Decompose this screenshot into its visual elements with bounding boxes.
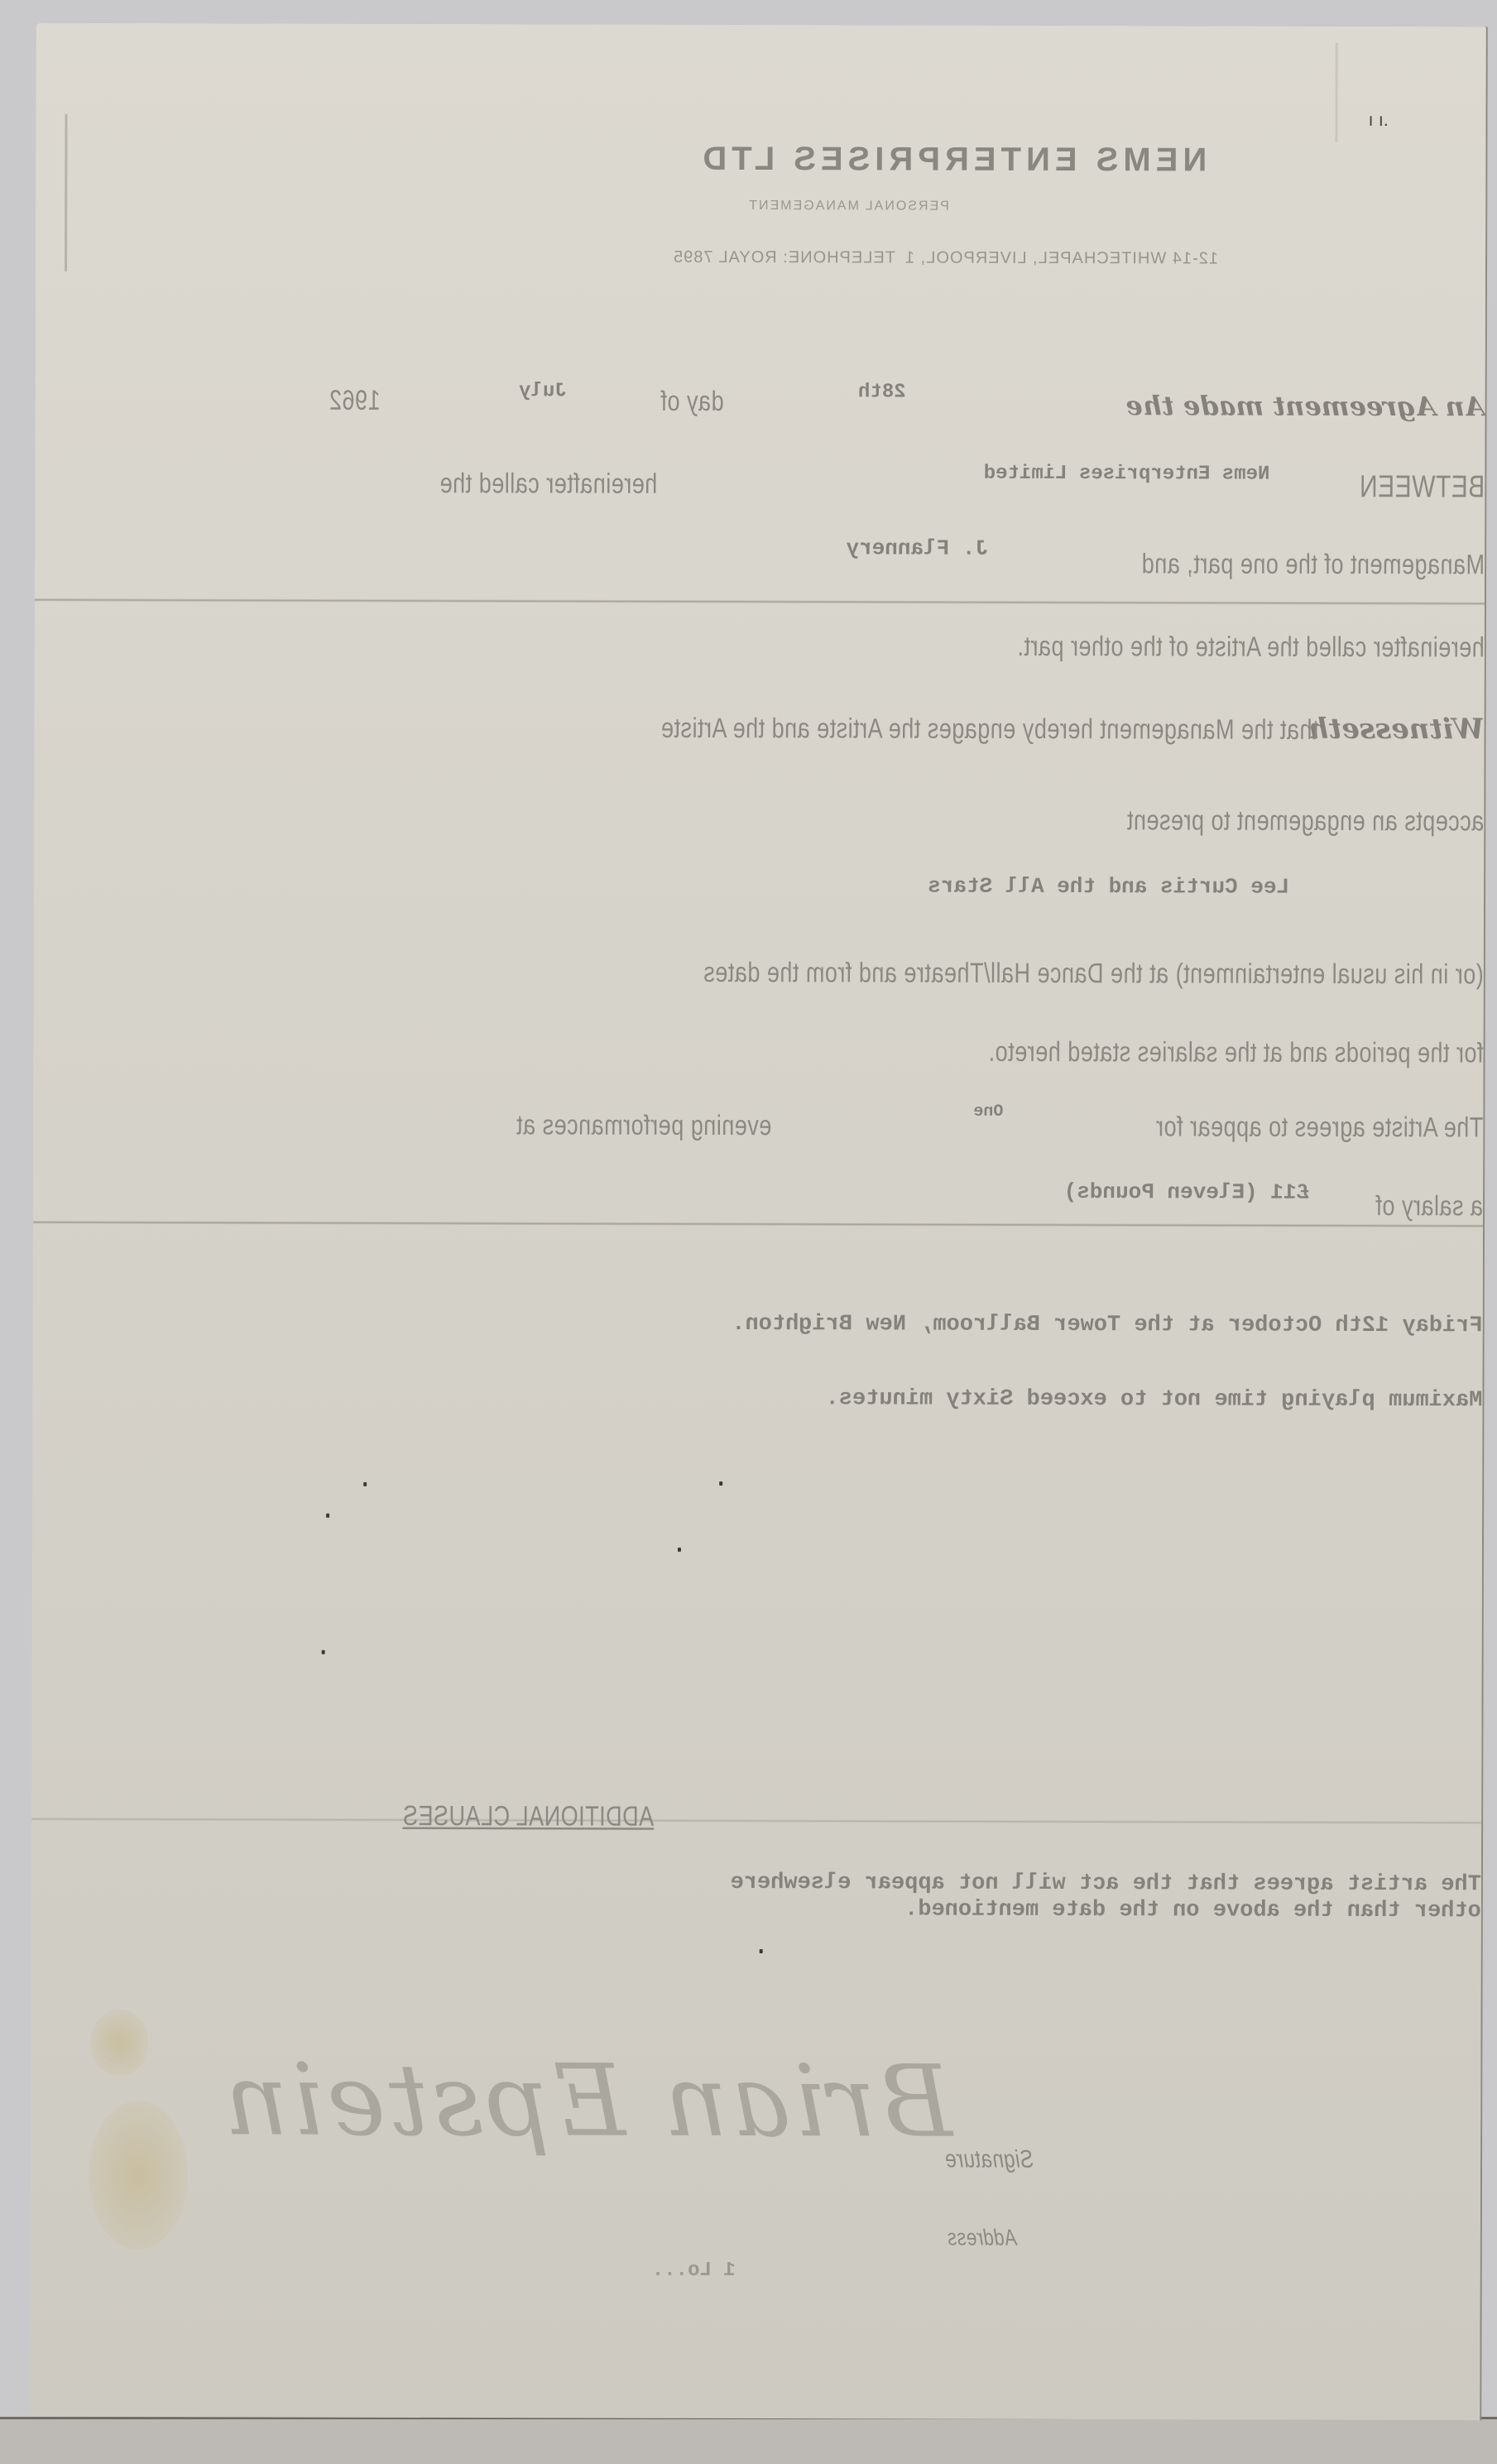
company-telephone: TELEPHONE: ROYAL 7895 [673, 248, 895, 268]
additional-clause-1: The artist agrees that the act will not … [31, 1869, 1481, 1873]
day-value: 28th [858, 381, 906, 403]
month-value: July [519, 380, 567, 402]
signature-label: Signature [945, 2145, 1034, 2174]
accepts-label: accepts an engagement to present [1126, 805, 1484, 838]
evening-label: evening performances at [516, 1109, 772, 1142]
agrees-label: The Artiste agrees to appear for [1156, 1111, 1484, 1144]
additional-clauses-heading: ADDITIONAL CLAUSES [402, 1800, 654, 1833]
stray-mark: ı ı. [1368, 109, 1389, 131]
periods-line: for the periods and at the salaries stat… [34, 1037, 1484, 1041]
paper-stain [90, 2010, 148, 2076]
speck [760, 1949, 763, 1953]
artiste-value: J. Flannery [846, 536, 988, 560]
between-line: BETWEEN Nems Enterprises Limited hereina… [35, 470, 1485, 474]
salary-label: a salary of [1375, 1190, 1483, 1222]
speck [678, 1548, 681, 1552]
salary-line: a salary of £11 (Eleven Pounds) [33, 1190, 1483, 1194]
speck [322, 1650, 325, 1655]
address-value: 1 Lo... [652, 2260, 736, 2282]
company-name: NEMS ENTERPRISES LTD [698, 141, 1207, 180]
witnesseth-rest: that the Management hereby engages the A… [660, 713, 1318, 747]
hereinafter-label: hereinafter called the [439, 468, 657, 500]
speck [363, 1482, 367, 1487]
schedule-line-1: Friday 12th October at the Tower Ballroo… [33, 1310, 1483, 1314]
act-line: Lee Curtis and the All Stars [34, 872, 1484, 876]
act-value: Lee Curtis and the All Stars [928, 874, 1289, 900]
additional-clauses-heading-line: ADDITIONAL CLAUSES [31, 1803, 1481, 1807]
fold-line [1335, 43, 1337, 142]
salary-value: £11 (Eleven Pounds) [1064, 1179, 1310, 1205]
backdrop-surface [0, 2417, 1497, 2464]
speck [326, 1514, 329, 1518]
usual-label: (or in his usual entertainment) at the D… [703, 957, 1484, 991]
fold-line [35, 598, 1485, 606]
letterhead: NEMS ENTERPRISES LTD PERSONAL MANAGEMENT… [36, 139, 1485, 143]
fold-line [65, 114, 67, 271]
agreement-date-line: An Agreement made the 28th day of July 1… [36, 387, 1485, 391]
fold-line [33, 1221, 1483, 1228]
schedule-line-2: Maximum playing time not to exceed Sixty… [32, 1385, 1482, 1389]
periods-label: for the periods and at the salaries stat… [988, 1036, 1483, 1069]
accepts-line: accepts an engagement to present [34, 805, 1484, 809]
witnesseth-word: Witnesseth [1308, 713, 1485, 747]
clause-text-2: other than the above on the date mention… [904, 1897, 1481, 1924]
management-part-label: Management of the one part, and [1141, 548, 1485, 581]
management-part-line: Management of the one part, and J. Flann… [35, 549, 1485, 553]
year-value: 1962 [329, 385, 380, 417]
usual-entertainment-line: (or in his usual entertainment) at the D… [34, 958, 1484, 963]
contract-page: ı ı. NEMS ENTERPRISES LTD PERSONAL MANAG… [30, 23, 1486, 2421]
speck [719, 1482, 722, 1486]
performances-value: One [973, 1102, 1003, 1122]
day-of-label: day of [660, 386, 724, 418]
schedule-playing-time: Maximum playing time not to exceed Sixty… [825, 1386, 1482, 1413]
intro-label: An Agreement made the [1125, 390, 1485, 422]
address-line: Address 1 Lo... [31, 2225, 1480, 2229]
paper-stain [89, 2101, 188, 2250]
management-value: Nems Enterprises Limited [984, 463, 1270, 486]
artiste-part-label: hereinafter called the Artiste of the ot… [1017, 631, 1485, 664]
clause-text-1: The artist agrees that the act will not … [731, 1871, 1481, 1897]
handwritten-signature: Brian Epstein [221, 2043, 952, 2159]
schedule-date-venue: Friday 12th October at the Tower Ballroo… [732, 1312, 1482, 1338]
artiste-part-line: hereinafter called the Artiste of the ot… [35, 632, 1485, 636]
address-label: Address [948, 2224, 1017, 2251]
performances-line: The Artiste agrees to appear for One eve… [33, 1112, 1483, 1116]
company-address: 12-14 WHITECHAPEL, LIVERPOOL, 1 [904, 248, 1218, 268]
company-tagline: PERSONAL MANAGEMENT [747, 199, 949, 214]
between-label: BETWEEN [1359, 470, 1485, 506]
fold-line [31, 1818, 1481, 1825]
witnesseth-line: Witnesseth that the Management hereby en… [35, 714, 1485, 718]
